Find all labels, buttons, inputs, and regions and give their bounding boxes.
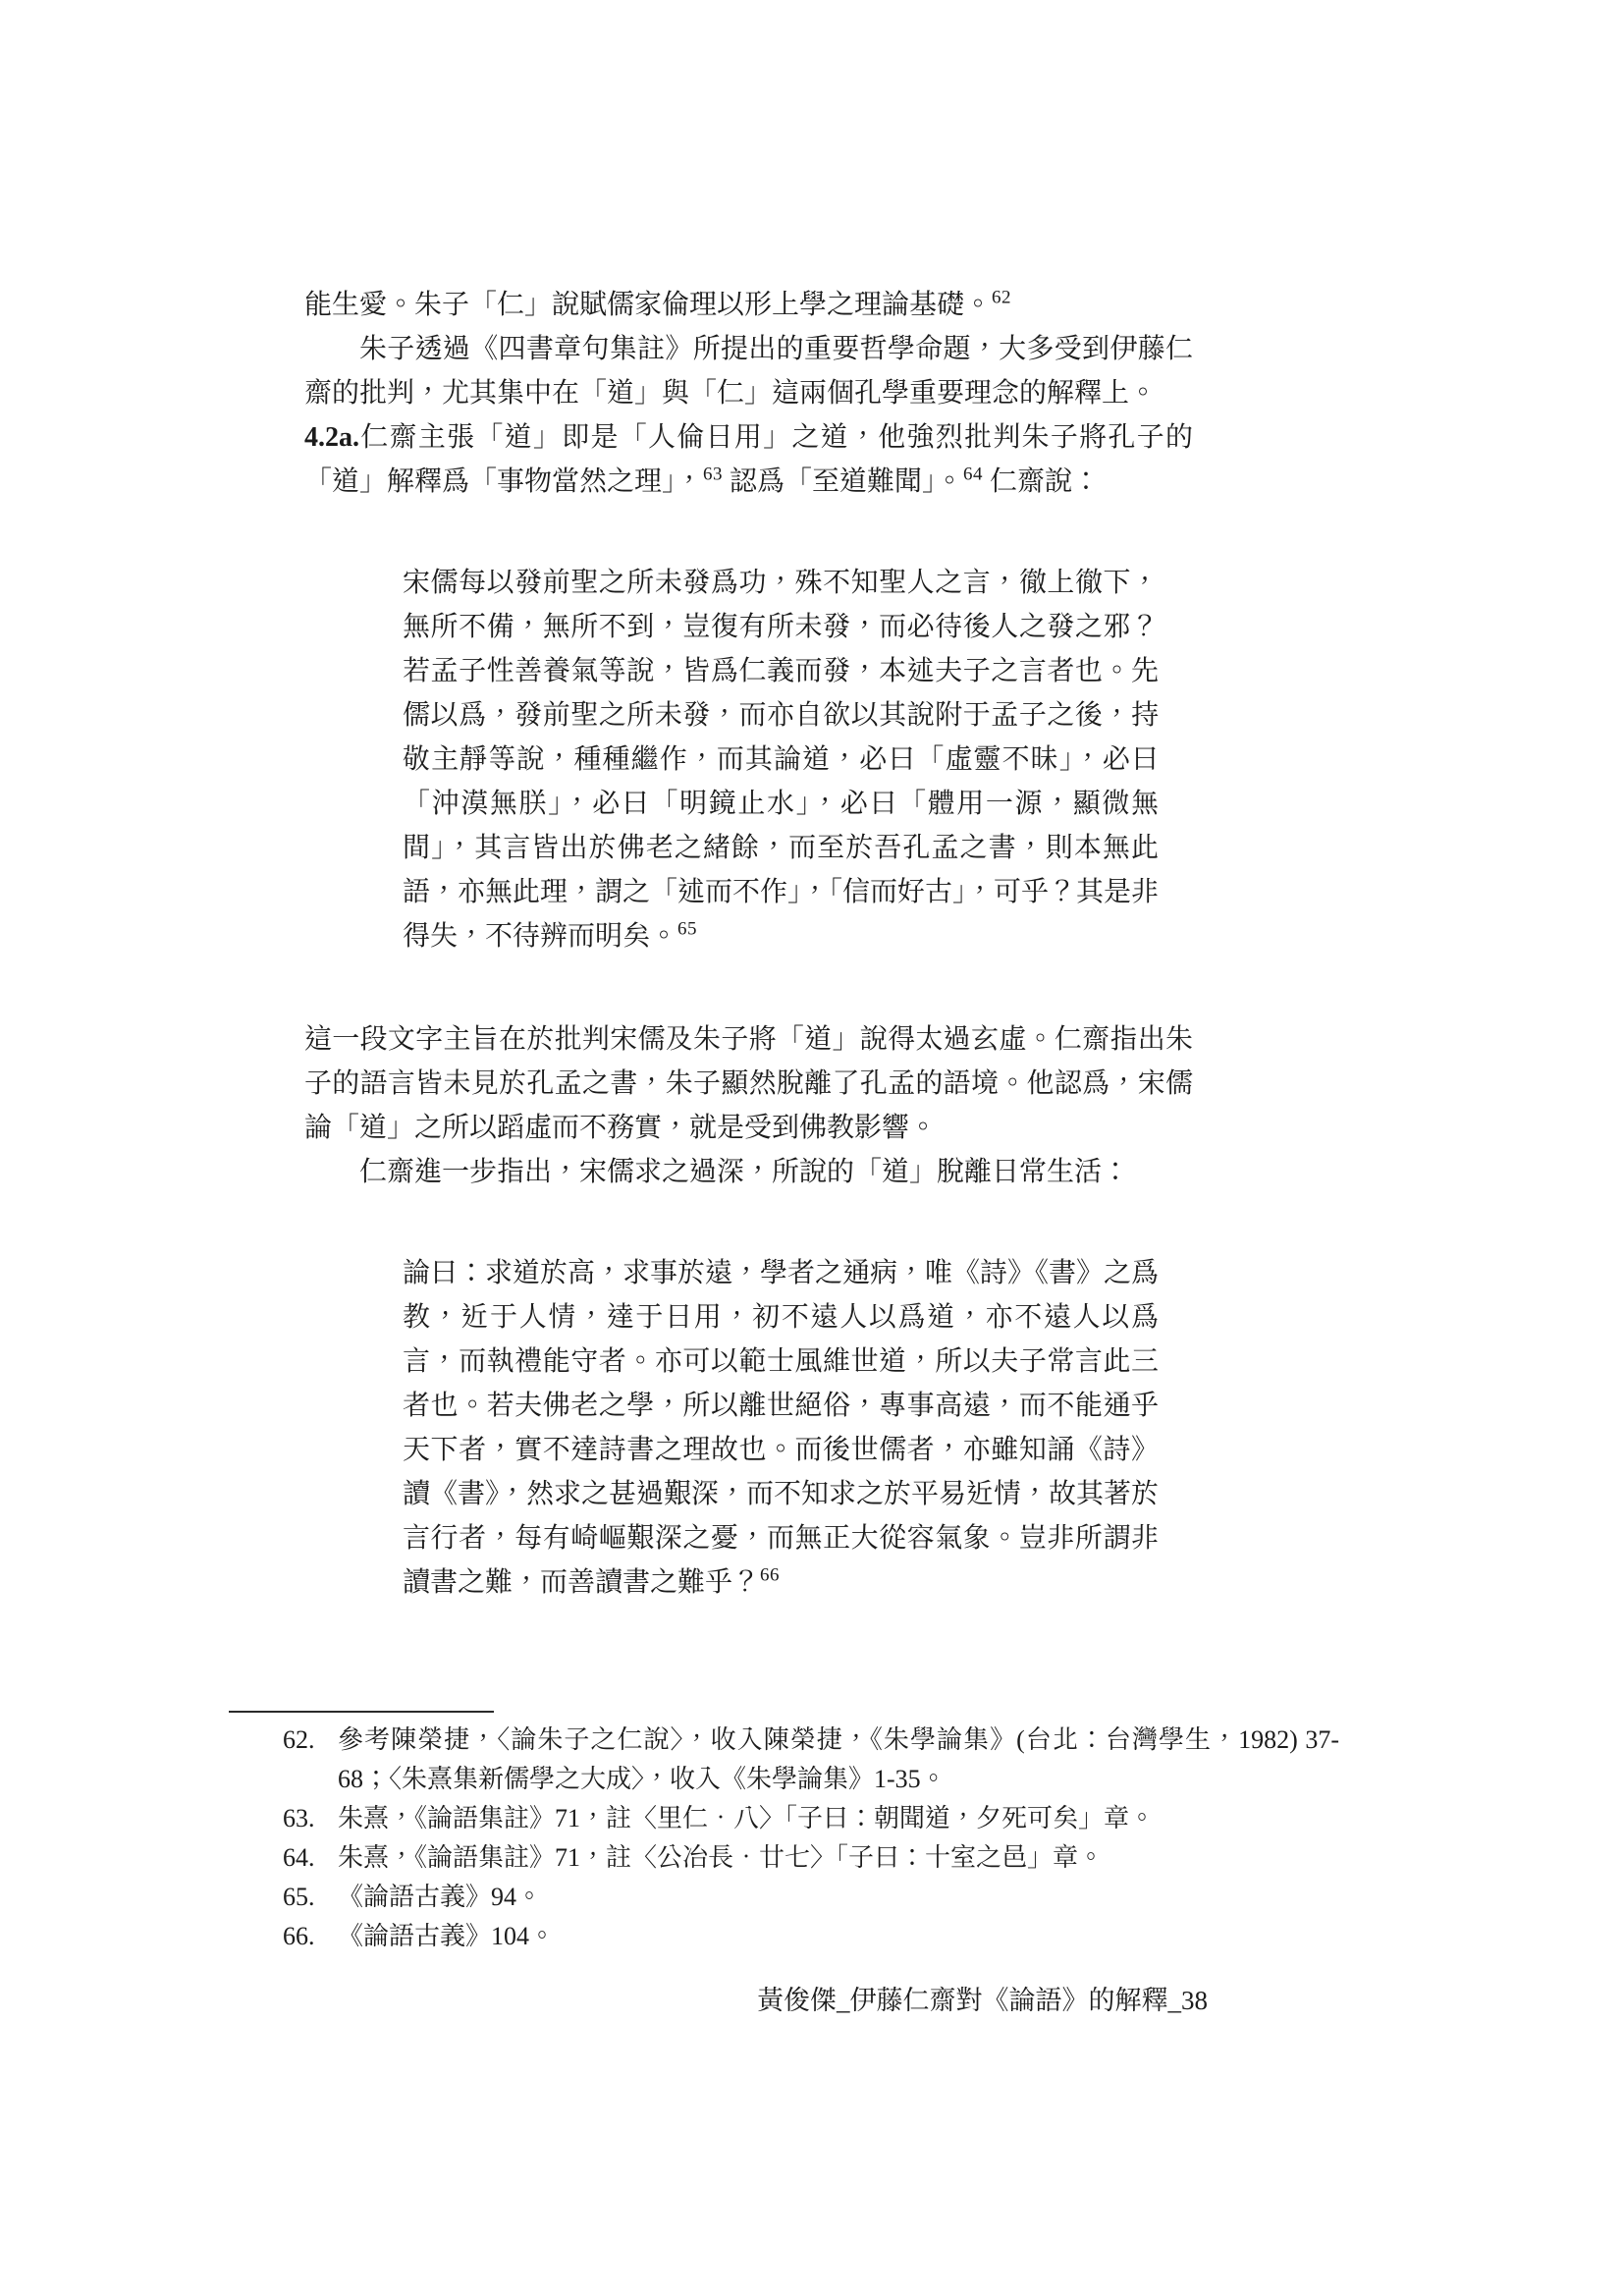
footnote-ref-63: 63 (703, 465, 723, 485)
paragraph-zhuzi-critique: 朱子透過《四書章句集註》所提出的重要哲學命題，大多受到伊藤仁齋的批判，尤其集中在… (304, 327, 1193, 415)
blockquote-lunyu-gijyi: 論曰：求道於高，求事於遠，學者之通病，唯《詩》《書》之爲教，近于人情，達于日用，… (403, 1251, 1159, 1605)
paragraph-transition-text: 仁齋進一步指出，宋儒求之過深，所說的「道」脫離日常生活： (359, 1157, 1129, 1187)
footnote-63-number: 63. (283, 1799, 338, 1838)
blockquote-jinsai-on-dao: 宋儒每以發前聖之所未發爲功，殊不知聖人之言，徹上徹下，無所不備，無所不到，豈復有… (403, 561, 1159, 958)
paper-page: 能生愛。朱子「仁」說賦儒家倫理以形上學之理論基礎。62 朱子透過《四書章句集註》… (0, 0, 1623, 2296)
section-label-4-2a: 4.2a. (304, 422, 359, 453)
blockquote-lunyu-gijyi-text: 論曰：求道於高，求事於遠，學者之通病，唯《詩》《書》之爲教，近于人情，達于日用，… (403, 1258, 1159, 1598)
footnote-66-text: 《論語古義》104。 (338, 1917, 1339, 1956)
footnote-ref-66: 66 (760, 1565, 780, 1586)
footnote-64: 64. 朱熹，《論語集註》71，註〈公冶長‧廿七〉「子曰：十室之邑」章。 (283, 1838, 1343, 1878)
paragraph-section-4-2a: 4.2a.仁齋主張「道」即是「人倫日用」之道，他強烈批判朱子將孔子的「道」解釋爲… (304, 415, 1193, 504)
footnote-62-number: 62. (283, 1721, 338, 1760)
footnote-66: 66. 《論語古義》104。 (283, 1917, 1343, 1956)
footnote-64-number: 64. (283, 1838, 338, 1878)
page-footer: 黃俊傑_伊藤仁齋對《論語》的解釋_38 (0, 1984, 1208, 2017)
blockquote-jinsai-on-dao-text: 宋儒每以發前聖之所未發爲功，殊不知聖人之言，徹上徹下，無所不備，無所不到，豈復有… (403, 568, 1159, 952)
footnotes-block: 62. 參考陳榮捷，〈論朱子之仁說〉，收入陳榮捷，《朱學論集》(台北：台灣學生，… (283, 1721, 1343, 1956)
paragraph-zhuzi-critique-text: 朱子透過《四書章句集註》所提出的重要哲學命題，大多受到伊藤仁齋的批判，尤其集中在… (304, 334, 1193, 409)
footnote-63-text: 朱熹，《論語集註》71，註〈里仁‧八〉「子曰：朝聞道，夕死可矣」章。 (338, 1799, 1339, 1838)
footnote-ref-62: 62 (992, 288, 1011, 308)
paragraph-transition: 仁齋進一步指出，宋儒求之過深，所說的「道」脫離日常生活： (304, 1150, 1193, 1194)
section-4-2a-text-3: 仁齋說： (983, 466, 1100, 497)
footnote-separator-rule (229, 1711, 494, 1713)
footnote-ref-64: 64 (963, 465, 983, 485)
footnote-64-text: 朱熹，《論語集註》71，註〈公冶長‧廿七〉「子曰：十室之邑」章。 (338, 1838, 1339, 1878)
footnote-65: 65. 《論語古義》94。 (283, 1878, 1343, 1917)
page-footer-text: 黃俊傑_伊藤仁齋對《論語》的解釋_38 (757, 1986, 1208, 2015)
footnote-65-number: 65. (283, 1878, 338, 1917)
paragraph-commentary: 這一段文字主旨在於批判宋儒及朱子將「道」說得太過玄虛。仁齋指出朱子的語言皆未見於… (304, 1017, 1193, 1150)
paragraph-commentary-text: 這一段文字主旨在於批判宋儒及朱子將「道」說得太過玄虛。仁齋指出朱子的語言皆未見於… (304, 1024, 1193, 1143)
section-4-2a-text-2: 認爲「至道難聞」。 (723, 466, 963, 497)
footnote-ref-65: 65 (677, 919, 697, 940)
paragraph-continuation-text: 能生愛。朱子「仁」說賦儒家倫理以形上學之理論基礎。 (304, 290, 992, 320)
paragraph-continuation: 能生愛。朱子「仁」說賦儒家倫理以形上學之理論基礎。62 (304, 283, 1193, 327)
page-body-text: 能生愛。朱子「仁」說賦儒家倫理以形上學之理論基礎。62 朱子透過《四書章句集註》… (304, 283, 1193, 1664)
footnote-66-number: 66. (283, 1917, 338, 1956)
footnote-62: 62. 參考陳榮捷，〈論朱子之仁說〉，收入陳榮捷，《朱學論集》(台北：台灣學生，… (283, 1721, 1343, 1799)
footnote-65-text: 《論語古義》94。 (338, 1878, 1339, 1917)
footnote-62-text: 參考陳榮捷，〈論朱子之仁說〉，收入陳榮捷，《朱學論集》(台北：台灣學生，1982… (338, 1721, 1339, 1799)
footnote-63: 63. 朱熹，《論語集註》71，註〈里仁‧八〉「子曰：朝聞道，夕死可矣」章。 (283, 1799, 1343, 1838)
